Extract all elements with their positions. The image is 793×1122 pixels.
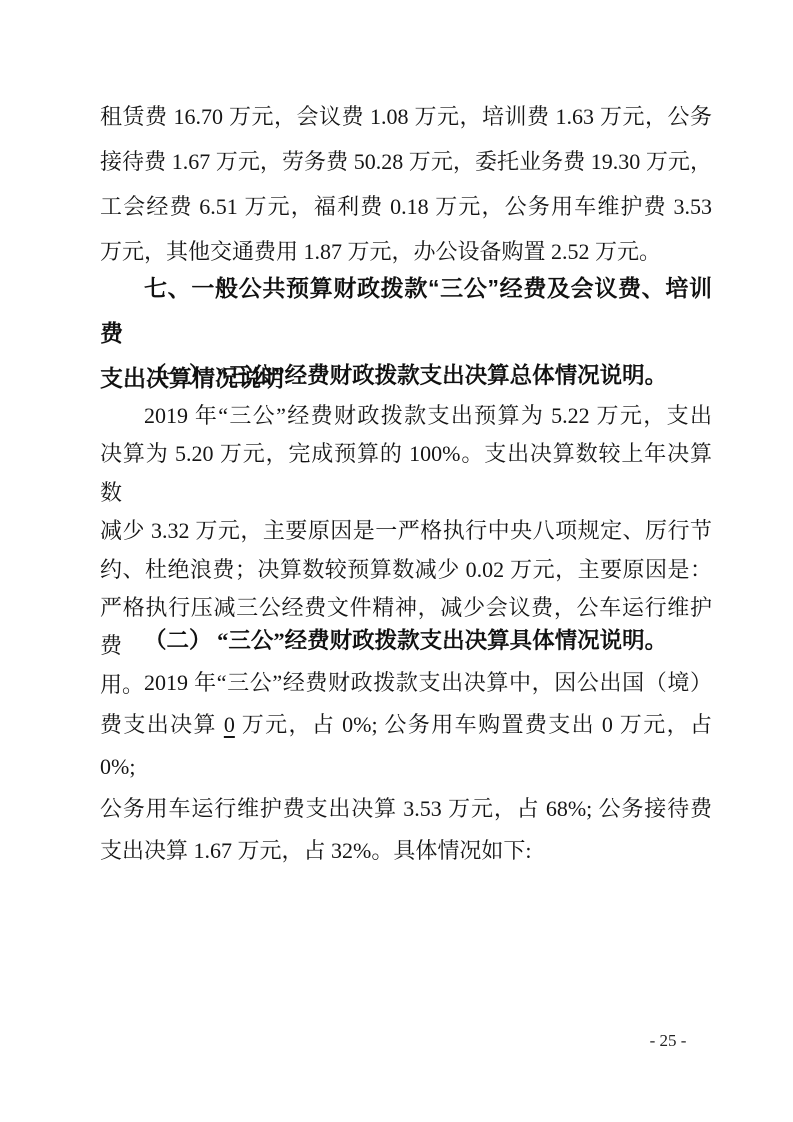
paragraph-line: 支出决算 1.67 万元，占 32%。具体情况如下:	[100, 830, 712, 872]
paragraph-line: 公务用车运行维护费支出决算 3.53 万元，占 68%; 公务接待费	[100, 788, 712, 830]
subheading-overall-situation: （一） “三公”经费财政拨款支出决算总体情况说明。	[100, 354, 712, 398]
paragraph-line: 接待费 1.67 万元，劳务费 50.28 万元，委托业务费 19.30 万元，	[100, 139, 712, 184]
paragraph-specific-situation: 2019 年“三公”经费财政拨款支出决算中，因公出国（境） 费支出决算 0 万元…	[100, 662, 712, 872]
section7-heading-line1: 七、一般公共预算财政拨款“三公”经费及会议费、培训费	[100, 266, 712, 356]
paragraph-line: 决算为 5.20 万元，完成预算的 100%。支出决算数较上年决算数	[100, 435, 712, 512]
subheading-specific-situation: （二） “三公”经费财政拨款支出决算具体情况说明。	[100, 619, 712, 663]
paragraph-line: 减少 3.32 万元，主要原因是一严格执行中央八项规定、厉行节	[100, 512, 712, 550]
paragraph-line: 约、杜绝浪费；决算数较预算数减少 0.02 万元，主要原因是：	[100, 551, 712, 589]
page-number: - 25 -	[618, 1030, 718, 1052]
subheading-line: （二） “三公”经费财政拨款支出决算具体情况说明。	[100, 619, 712, 663]
paragraph-text-segment: 费支出决算	[100, 712, 224, 737]
paragraph-line: 费支出决算 0 万元，占 0%; 公务用车购置费支出 0 万元，占 0%;	[100, 704, 712, 788]
subheading-line: （一） “三公”经费财政拨款支出决算总体情况说明。	[100, 354, 712, 398]
document-page: 租赁费 16.70 万元，会议费 1.08 万元，培训费 1.63 万元，公务 …	[0, 0, 793, 1122]
paragraph-expense-breakdown: 租赁费 16.70 万元，会议费 1.08 万元，培训费 1.63 万元，公务 …	[100, 94, 712, 274]
paragraph-line: 租赁费 16.70 万元，会议费 1.08 万元，培训费 1.63 万元，公务	[100, 94, 712, 139]
underlined-value: 0	[224, 712, 235, 737]
paragraph-line: 工会经费 6.51 万元，福利费 0.18 万元，公务用车维护费 3.53	[100, 184, 712, 229]
paragraph-line: 2019 年“三公”经费财政拨款支出预算为 5.22 万元，支出	[100, 397, 712, 435]
paragraph-line: 2019 年“三公”经费财政拨款支出决算中，因公出国（境）	[100, 662, 712, 704]
